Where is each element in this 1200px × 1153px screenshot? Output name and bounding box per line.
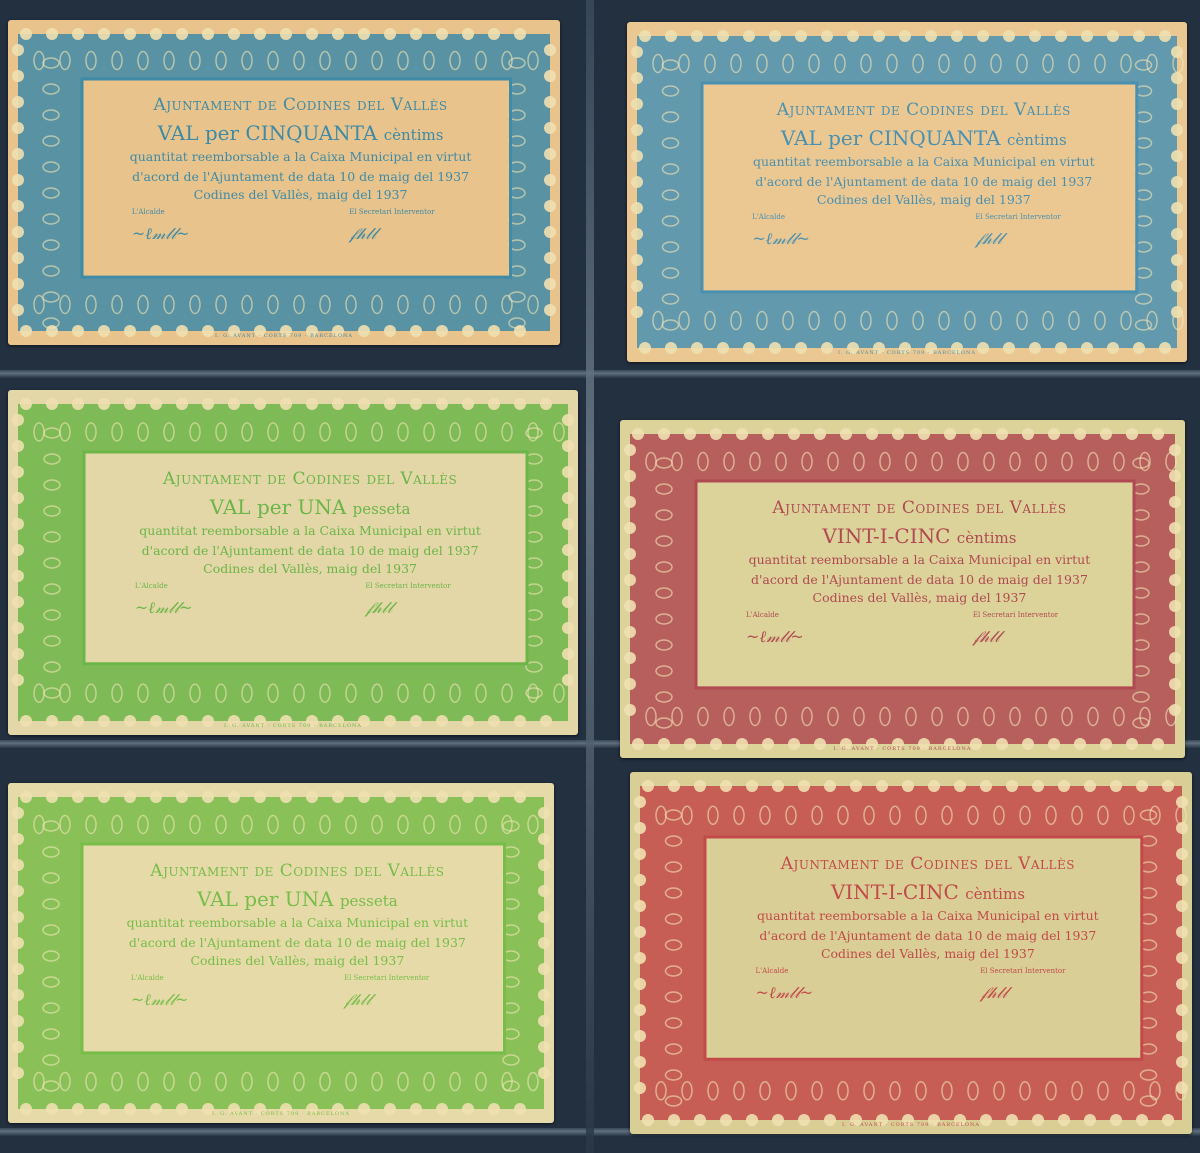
redemption-line-2: d'acord de l'Ajuntament de data 10 de ma… bbox=[716, 572, 1123, 588]
denomination: VINT-I-CINC cèntims bbox=[716, 524, 1123, 548]
signature-secretary: 𝒻𝒽𝓁𝓁 bbox=[980, 983, 1100, 1003]
note-text-panel: Ajuntament de Codines del Vallès VAL per… bbox=[101, 851, 494, 1048]
signature-secretary: 𝒻𝒽𝓁𝓁 bbox=[344, 990, 464, 1010]
printer-imprint: I. G. AVANT · CORTS 709 · BARCELONA bbox=[8, 333, 560, 339]
signature-label-secretary: El Secretari Interventor bbox=[365, 582, 485, 590]
redemption-line-1: quantitat reemborsable a la Caixa Munici… bbox=[101, 915, 494, 931]
signature-label-secretary: El Secretari Interventor bbox=[344, 974, 464, 982]
signature-label-secretary: El Secretari Interventor bbox=[980, 967, 1100, 975]
signature-mayor: ~ℓ𝓂𝓁𝓁~ bbox=[131, 990, 251, 1010]
signature-secretary: 𝒻𝒽𝓁𝓁 bbox=[975, 229, 1095, 249]
signature-label-mayor: L'Alcalde bbox=[756, 967, 876, 975]
redemption-line-1: quantitat reemborsable a la Caixa Munici… bbox=[726, 908, 1131, 924]
issuer-header: Ajuntament de Codines del Vallès bbox=[105, 469, 515, 489]
printer-imprint: I. G. AVANT · CORTS 709 · BARCELONA bbox=[630, 1122, 1192, 1128]
redemption-line-2: d'acord de l'Ajuntament de data 10 de ma… bbox=[105, 543, 515, 559]
denomination-unit: cèntims bbox=[957, 529, 1017, 547]
printer-imprint: I. G. AVANT · CORTS 709 · BARCELONA bbox=[8, 723, 578, 729]
signature-label-mayor: L'Alcalde bbox=[746, 611, 866, 619]
redemption-line-1: quantitat reemborsable a la Caixa Munici… bbox=[105, 523, 515, 539]
denomination-unit: cèntims bbox=[1007, 131, 1067, 149]
denomination-value: VAL per UNA bbox=[210, 495, 347, 519]
signature-mayor: ~ℓ𝓂𝓁𝓁~ bbox=[746, 627, 866, 647]
sleeve-divider bbox=[586, 0, 594, 1153]
printer-imprint: I. G. AVANT · CORTS 709 · BARCELONA bbox=[620, 746, 1185, 752]
banknote: Ajuntament de Codines del Vallès VAL per… bbox=[627, 22, 1187, 362]
denomination-value: VINT-I-CINC bbox=[831, 880, 959, 904]
redemption-line-1: quantitat reemborsable a la Caixa Munici… bbox=[102, 149, 499, 165]
signature-label-mayor: L'Alcalde bbox=[752, 213, 872, 221]
issuer-header: Ajuntament de Codines del Vallès bbox=[101, 861, 494, 881]
printer-imprint: I. G. AVANT · CORTS 709 · BARCELONA bbox=[8, 1111, 554, 1117]
signatures: L'Alcalde~ℓ𝓂𝓁𝓁~ El Secretari Interventor… bbox=[101, 968, 494, 1010]
signatures: L'Alcalde~ℓ𝓂𝓁𝓁~ El Secretari Interventor… bbox=[722, 207, 1125, 249]
issuer-header: Ajuntament de Codines del Vallès bbox=[726, 854, 1131, 874]
banknote: Ajuntament de Codines del Vallès VINT-I-… bbox=[620, 420, 1185, 758]
signatures: L'Alcalde~ℓ𝓂𝓁𝓁~ El Secretari Interventor… bbox=[105, 576, 515, 618]
denomination: VAL per UNA pesseta bbox=[101, 887, 494, 911]
signature-label-secretary: El Secretari Interventor bbox=[975, 213, 1095, 221]
note-text-panel: Ajuntament de Codines del Vallès VAL per… bbox=[722, 90, 1125, 287]
banknote: Ajuntament de Codines del Vallès VINT-I-… bbox=[630, 772, 1192, 1134]
signatures: L'Alcalde~ℓ𝓂𝓁𝓁~ El Secretari Interventor… bbox=[716, 605, 1123, 647]
signature-mayor: ~ℓ𝓂𝓁𝓁~ bbox=[752, 229, 872, 249]
signature-label-mayor: L'Alcalde bbox=[132, 208, 252, 216]
signatures: L'Alcalde~ℓ𝓂𝓁𝓁~ El Secretari Interventor… bbox=[726, 961, 1131, 1003]
place-date: Codines del Vallès, maig del 1937 bbox=[722, 192, 1125, 207]
denomination: VAL per CINQUANTA cèntims bbox=[722, 126, 1125, 150]
signature-secretary: 𝒻𝒽𝓁𝓁 bbox=[349, 224, 469, 244]
note-text-panel: Ajuntament de Codines del Vallès VAL per… bbox=[102, 85, 499, 274]
note-text-panel: Ajuntament de Codines del Vallès VINT-I-… bbox=[716, 488, 1123, 684]
redemption-line-2: d'acord de l'Ajuntament de data 10 de ma… bbox=[101, 935, 494, 951]
banknote: Ajuntament de Codines del Vallès VAL per… bbox=[8, 390, 578, 735]
signature-secretary: 𝒻𝒽𝓁𝓁 bbox=[365, 598, 485, 618]
signature-secretary: 𝒻𝒽𝓁𝓁 bbox=[973, 627, 1093, 647]
denomination-unit: cèntims bbox=[965, 885, 1025, 903]
denomination-value: VAL per UNA bbox=[197, 887, 334, 911]
signature-label-secretary: El Secretari Interventor bbox=[973, 611, 1093, 619]
issuer-header: Ajuntament de Codines del Vallès bbox=[716, 498, 1123, 518]
signatures: L'Alcalde~ℓ𝓂𝓁𝓁~ El Secretari Interventor… bbox=[102, 202, 499, 244]
redemption-line-1: quantitat reemborsable a la Caixa Munici… bbox=[722, 154, 1125, 170]
denomination-value: VAL per CINQUANTA bbox=[158, 121, 378, 145]
redemption-line-2: d'acord de l'Ajuntament de data 10 de ma… bbox=[102, 169, 499, 185]
printer-imprint: I. G. AVANT · CORTS 709 · BARCELONA bbox=[627, 350, 1187, 356]
signature-mayor: ~ℓ𝓂𝓁𝓁~ bbox=[135, 598, 255, 618]
place-date: Codines del Vallès, maig del 1937 bbox=[105, 561, 515, 576]
denomination-unit: cèntims bbox=[384, 126, 444, 144]
issuer-header: Ajuntament de Codines del Vallès bbox=[102, 95, 499, 115]
denomination-value: VINT-I-CINC bbox=[822, 524, 950, 548]
banknote: Ajuntament de Codines del Vallès VAL per… bbox=[8, 20, 560, 345]
note-text-panel: Ajuntament de Codines del Vallès VAL per… bbox=[105, 459, 515, 659]
redemption-line-2: d'acord de l'Ajuntament de data 10 de ma… bbox=[726, 928, 1131, 944]
signature-label-mayor: L'Alcalde bbox=[131, 974, 251, 982]
signature-label-mayor: L'Alcalde bbox=[135, 582, 255, 590]
signature-mayor: ~ℓ𝓂𝓁𝓁~ bbox=[132, 224, 252, 244]
denomination: VINT-I-CINC cèntims bbox=[726, 880, 1131, 904]
signature-label-secretary: El Secretari Interventor bbox=[349, 208, 469, 216]
sleeve-divider bbox=[0, 370, 1200, 378]
redemption-line-2: d'acord de l'Ajuntament de data 10 de ma… bbox=[722, 174, 1125, 190]
place-date: Codines del Vallès, maig del 1937 bbox=[726, 946, 1131, 961]
denomination-unit: pesseta bbox=[340, 892, 398, 910]
place-date: Codines del Vallès, maig del 1937 bbox=[102, 187, 499, 202]
banknote: Ajuntament de Codines del Vallès VAL per… bbox=[8, 783, 554, 1123]
redemption-line-1: quantitat reemborsable a la Caixa Munici… bbox=[716, 552, 1123, 568]
issuer-header: Ajuntament de Codines del Vallès bbox=[722, 100, 1125, 120]
note-text-panel: Ajuntament de Codines del Vallès VINT-I-… bbox=[726, 844, 1131, 1054]
denomination-value: VAL per CINQUANTA bbox=[781, 126, 1001, 150]
denomination: VAL per UNA pesseta bbox=[105, 495, 515, 519]
place-date: Codines del Vallès, maig del 1937 bbox=[101, 953, 494, 968]
denomination-unit: pesseta bbox=[353, 500, 411, 518]
place-date: Codines del Vallès, maig del 1937 bbox=[716, 590, 1123, 605]
denomination: VAL per CINQUANTA cèntims bbox=[102, 121, 499, 145]
signature-mayor: ~ℓ𝓂𝓁𝓁~ bbox=[756, 983, 876, 1003]
